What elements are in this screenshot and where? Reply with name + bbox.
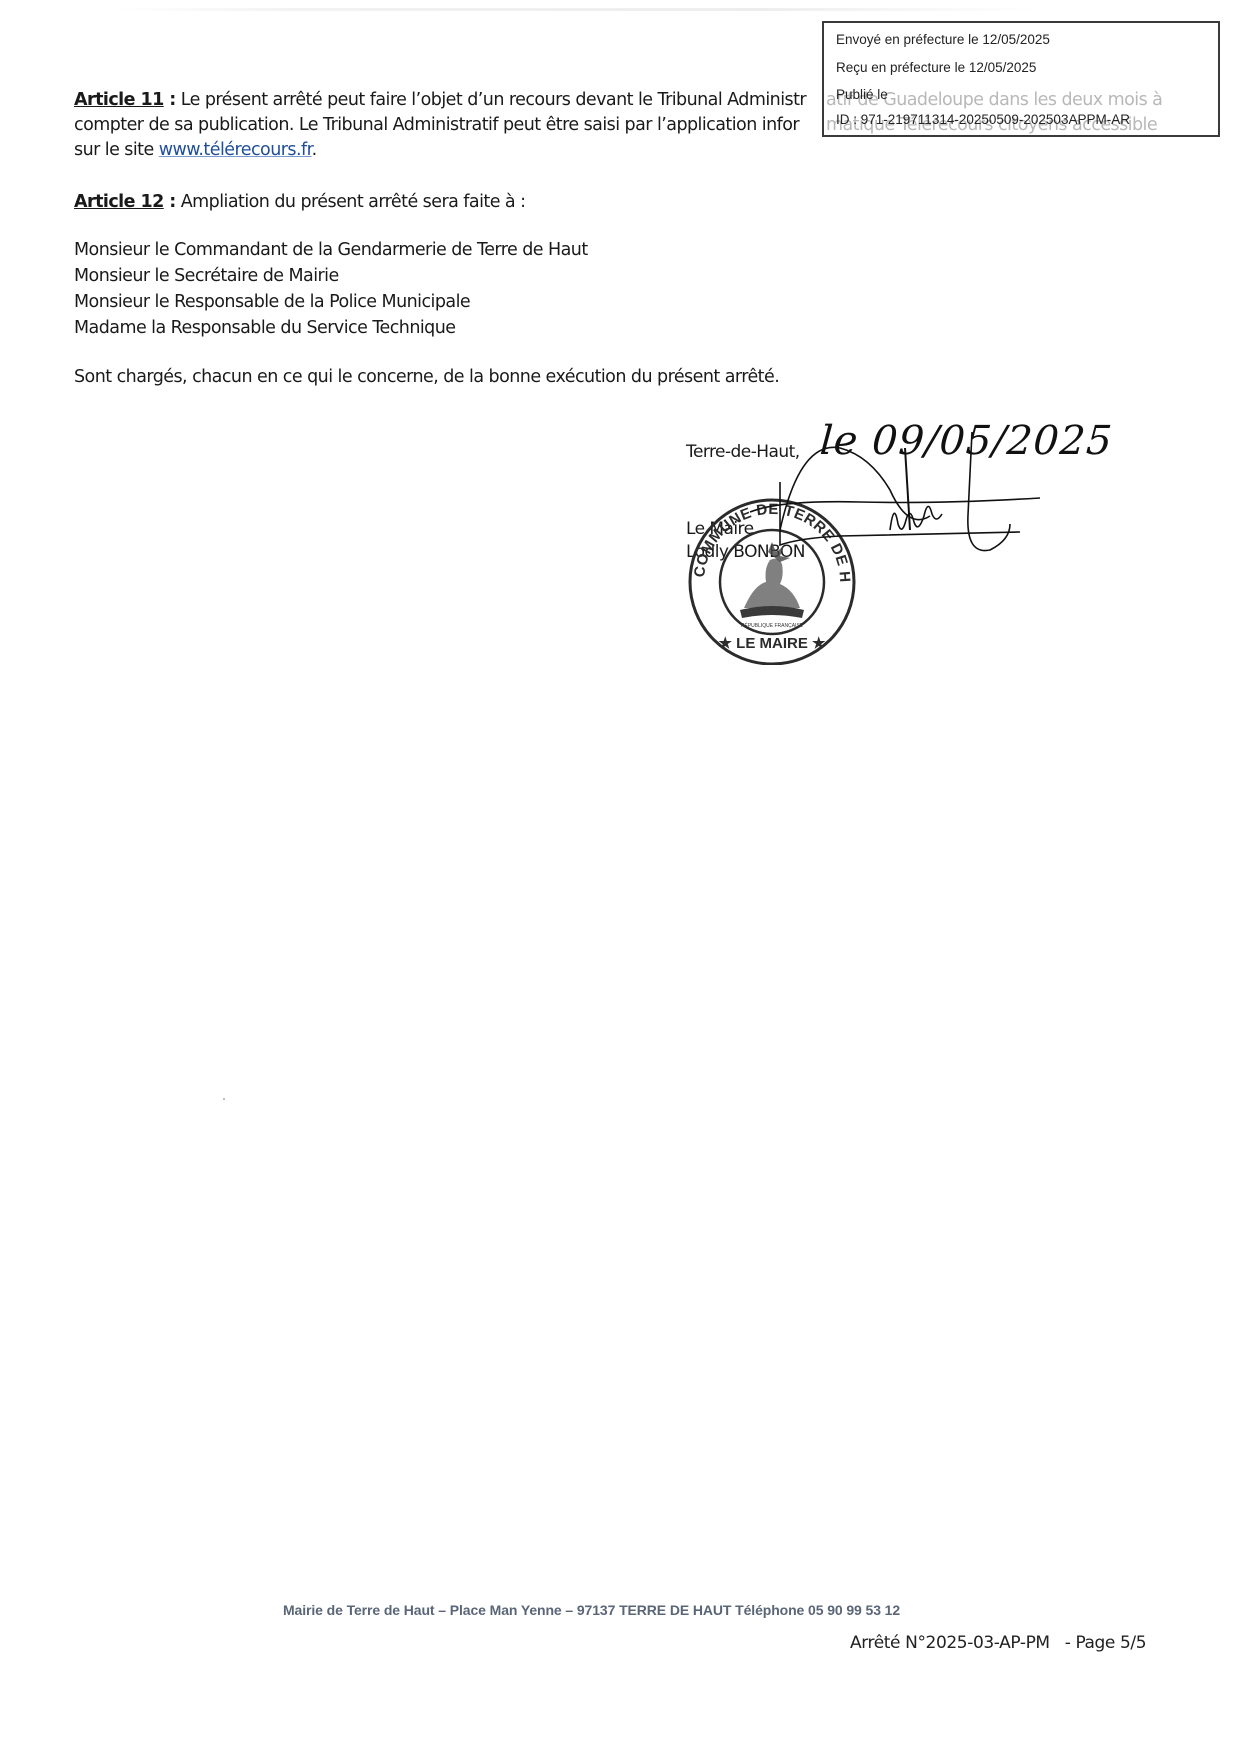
recipient-item: Monsieur le Secrétaire de Mairie (74, 263, 588, 289)
closing-statement: Sont chargés, chacun en ce qui le concer… (74, 365, 779, 390)
stamp-id: ID : 971-219711314-20250509-202503APPM-A… (836, 112, 1130, 127)
svg-text:RÉPUBLIQUE FRANÇAISE: RÉPUBLIQUE FRANÇAISE (741, 622, 804, 629)
scan-speck (223, 1098, 225, 1100)
footer-reference: Arrêté N°2025-03-AP-PM - Page 5/5 (850, 1633, 1146, 1653)
recipient-item: Madame la Responsable du Service Techniq… (74, 315, 588, 341)
stamp-sent: Envoyé en préfecture le 12/05/2025 (836, 32, 1050, 47)
article-11-line-1: Article 11 : Le présent arrêté peut fair… (74, 88, 806, 113)
prefecture-stamp-box: Envoyé en préfecture le 12/05/2025 Reçu … (822, 21, 1220, 137)
recipients-list: Monsieur le Commandant de la Gendarmerie… (74, 237, 588, 341)
svg-text:★ LE MAIRE ★: ★ LE MAIRE ★ (719, 635, 826, 652)
article-11-label: Article 11 (74, 90, 164, 110)
footer-address: Mairie de Terre de Haut – Place Man Yenn… (283, 1602, 900, 1618)
article-11-line-2: compter de sa publication. Le Tribunal A… (74, 113, 799, 138)
article-12-heading: Article 12 : Ampliation du présent arrêt… (74, 190, 525, 215)
scan-artifact-line (110, 8, 1040, 11)
stamp-published: Publié le (836, 87, 888, 102)
article-12-label: Article 12 (74, 192, 164, 212)
article-11-line-3: sur le site www.télérecours.fr. (74, 138, 317, 163)
stamp-received: Reçu en préfecture le 12/05/2025 (836, 60, 1036, 75)
recipient-item: Monsieur le Commandant de la Gendarmerie… (74, 237, 588, 263)
mayor-signature-icon (740, 420, 1060, 580)
recipient-item: Monsieur le Responsable de la Police Mun… (74, 289, 588, 315)
telerecours-link[interactable]: www.télérecours.fr (159, 140, 312, 160)
